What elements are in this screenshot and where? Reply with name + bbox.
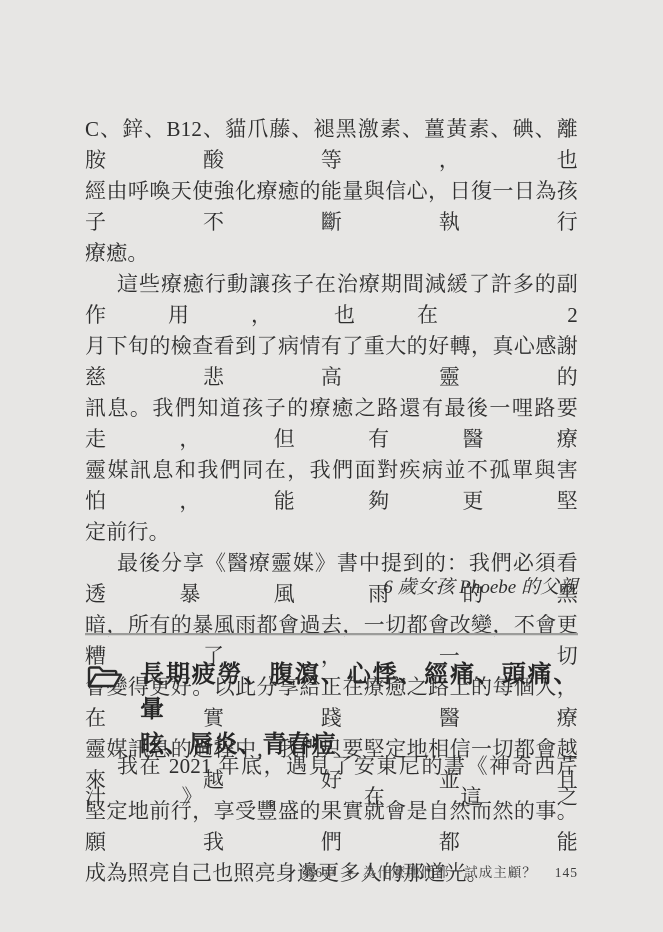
heading-line: 長期疲勞、腹瀉、心悸、經痛、頭痛、暈: [140, 658, 578, 728]
body-line: 經由呼喚天使強化療癒的能量與信心，日復一日為孩子不斷執行: [85, 176, 578, 238]
section-divider: [85, 633, 578, 636]
page-number: 145: [555, 865, 578, 881]
body-line: C、鋅、B12、貓爪藤、褪黑激素、薑黃素、碘、離胺酸等，也: [85, 114, 578, 176]
body-line: 靈媒訊息和我們同在，我們面對疾病並不孤單與害怕，能夠更堅: [85, 455, 578, 517]
body-line: 定前行。: [85, 517, 578, 548]
footer-chapter: 第6章: [301, 861, 338, 881]
body-line: 訊息。我們知道孩子的療癒之路還有最後一哩路要走，但有醫療: [85, 393, 578, 455]
testimonial-attribution: 6 歲女孩 Phoebe 的父親: [85, 572, 578, 599]
body-line: 療癒。: [85, 238, 578, 269]
star-icon: ✦: [346, 866, 355, 879]
book-page: C、鋅、B12、貓爪藤、褪黑激素、薑黃素、碘、離胺酸等，也 經由呼喚天使強化療癒…: [0, 0, 663, 932]
body-line: 月下旬的檢查看到了病情有了重大的好轉，真心感謝慈悲高靈的: [85, 331, 578, 393]
open-folder-icon: [86, 664, 124, 691]
section-heading: 長期疲勞、腹瀉、心悸、經痛、頭痛、暈 眩、唇炎、青春痘: [85, 658, 578, 763]
footer-section-title: 為什麼他們都一試成主顧？: [363, 861, 537, 881]
section-paragraph: 我在 2021 年底，遇見了安東尼的書《神奇西芹汁》。在這之: [85, 751, 578, 813]
body-line: 這些療癒行動讓孩子在治療期間減緩了許多的副作用，也在 2: [85, 269, 578, 331]
page-footer: 第6章 ✦ 為什麼他們都一試成主顧？ 145: [85, 861, 578, 881]
